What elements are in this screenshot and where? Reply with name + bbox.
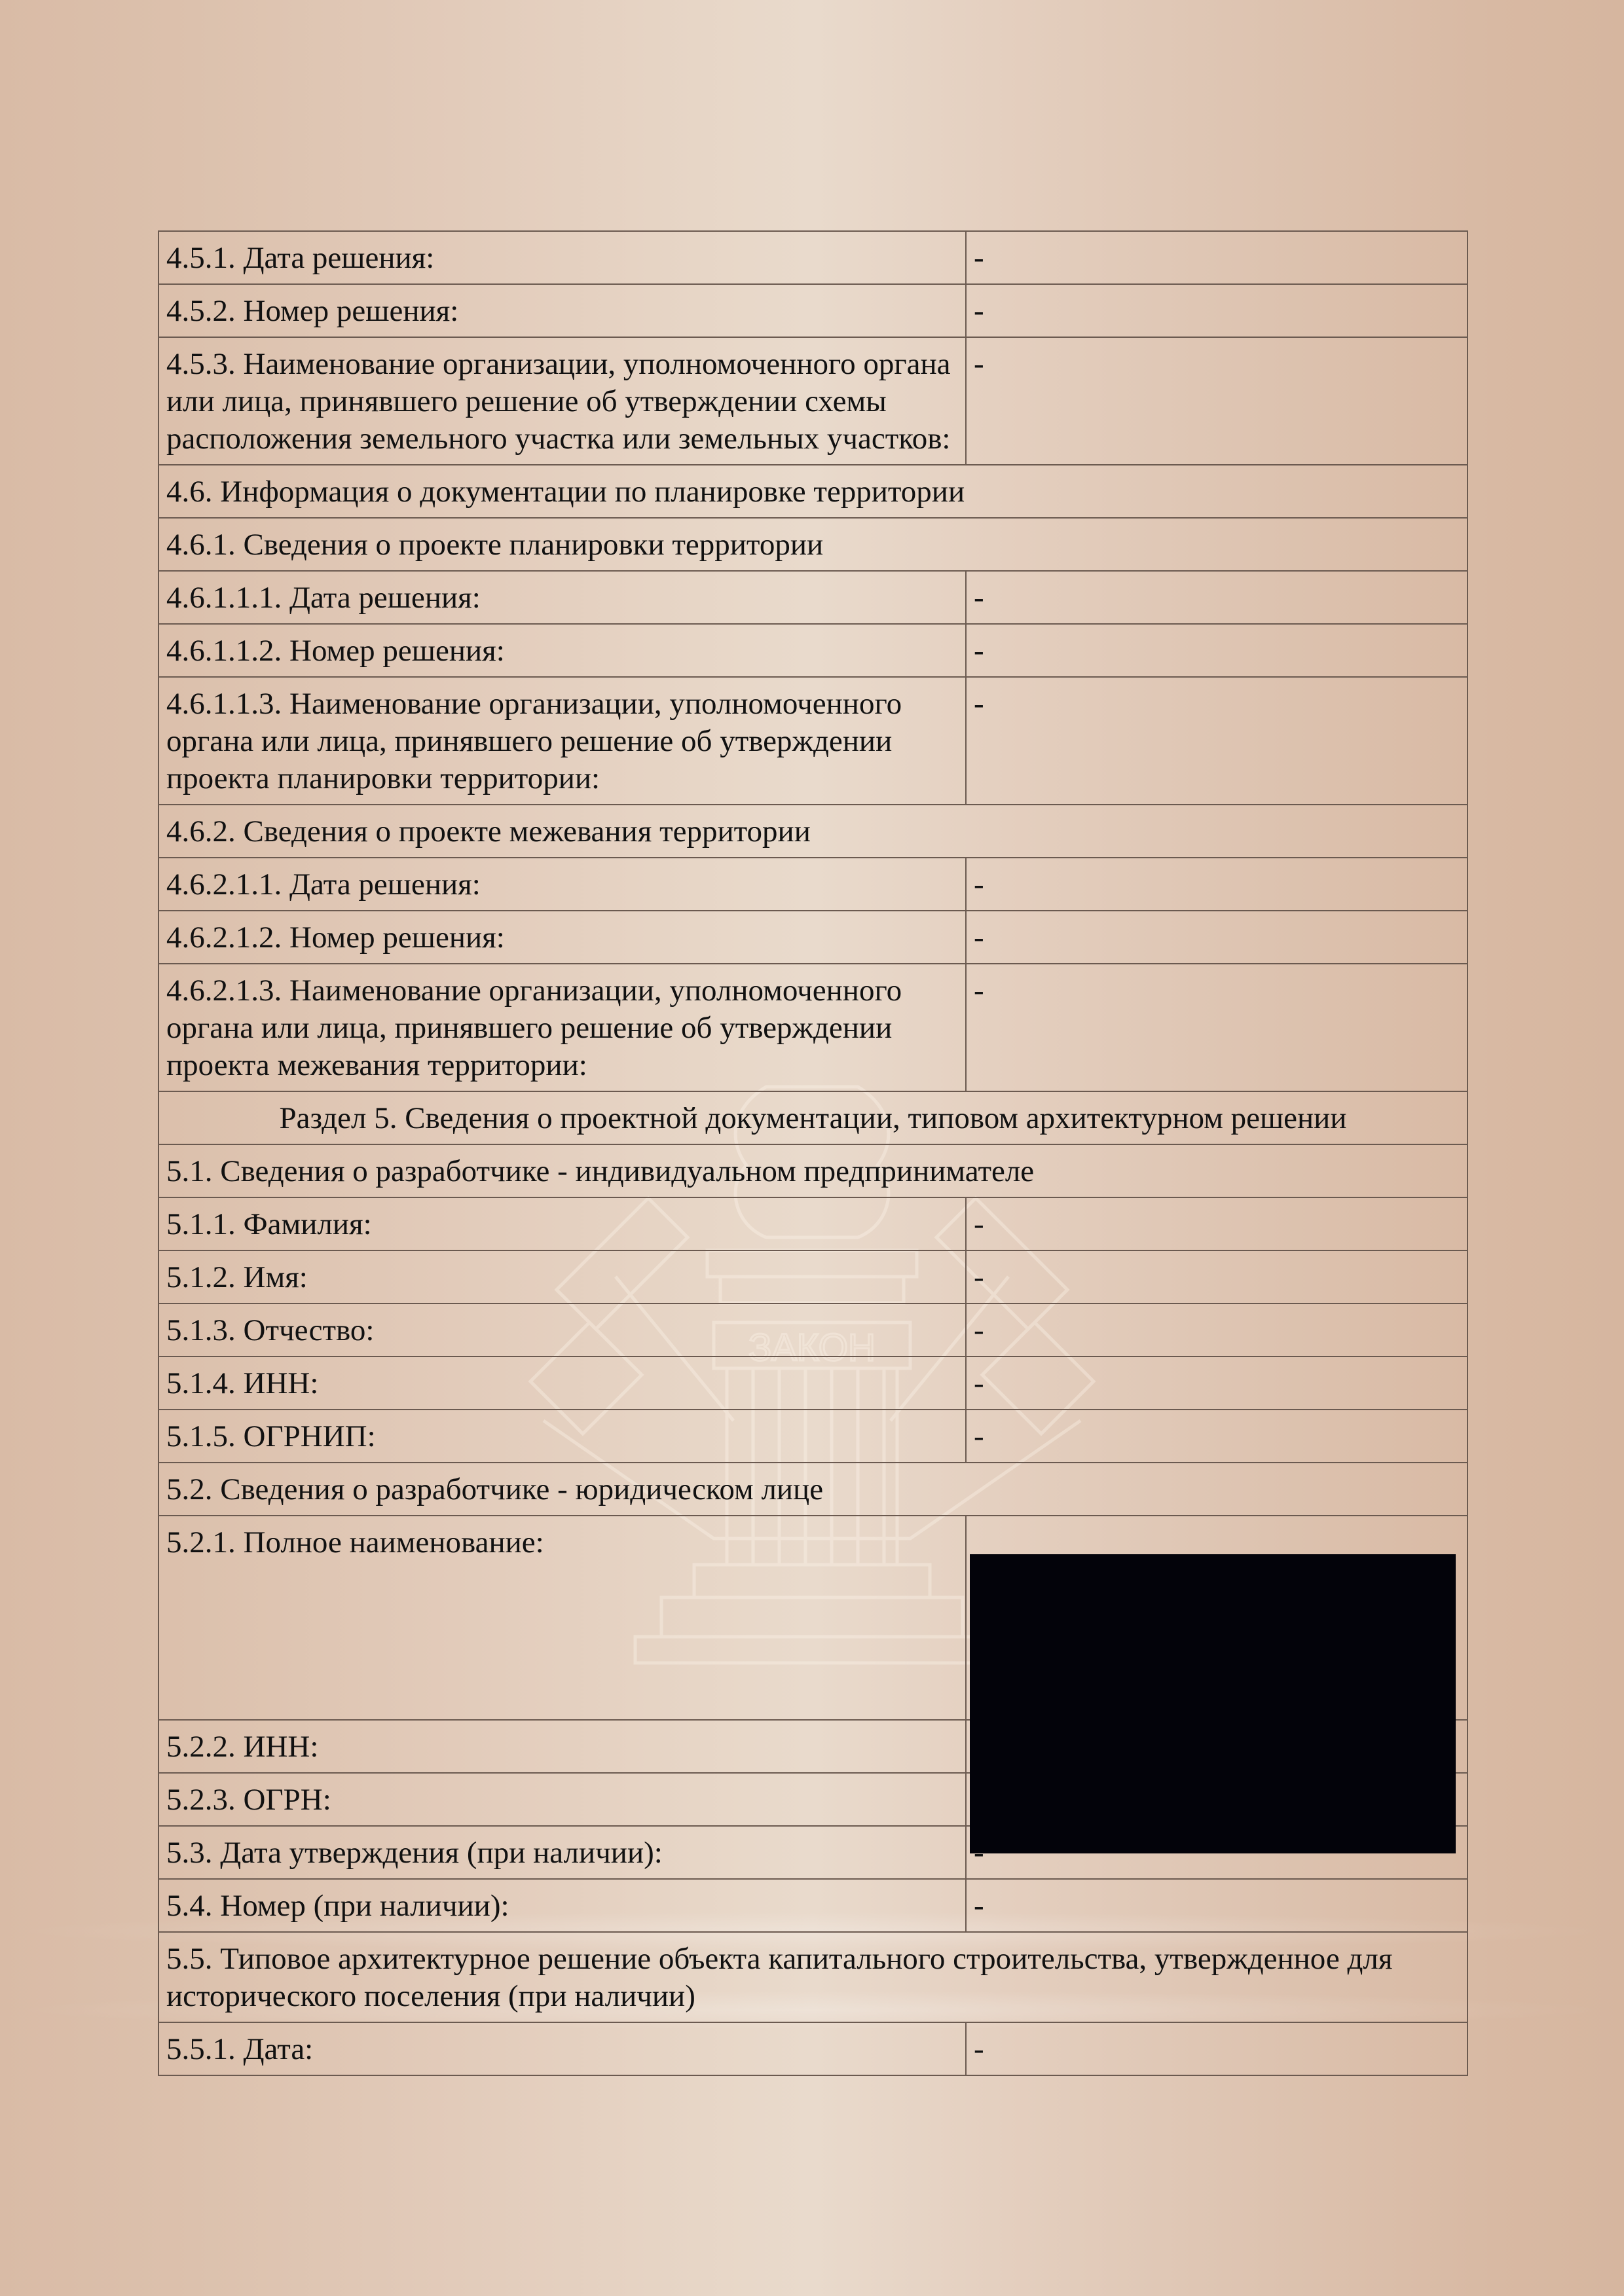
table-row: 4.5.2. Номер решения: -	[158, 284, 1467, 337]
row-label: 4.6.1.1.2. Номер решения:	[158, 624, 966, 677]
section-heading-row: 4.6.1. Сведения о проекте планировки тер…	[158, 518, 1467, 571]
row-label: 4.5.1. Дата решения:	[158, 231, 966, 284]
table-row: 5.1.1. Фамилия: -	[158, 1197, 1467, 1250]
table-row: 5.5.1. Дата: -	[158, 2022, 1467, 2075]
section-heading-row: 4.6.2. Сведения о проекте межевания терр…	[158, 805, 1467, 858]
table-row: 5.1.5. ОГРНИП: -	[158, 1410, 1467, 1463]
row-label: 4.5.2. Номер решения:	[158, 284, 966, 337]
section-heading: 5.5. Типовое архитектурное решение объек…	[158, 1932, 1467, 2022]
row-label: 5.2.1. Полное наименование:	[158, 1516, 966, 1720]
row-label: 5.5.1. Дата:	[158, 2022, 966, 2075]
table-row: 4.6.2.1.2. Номер решения: -	[158, 911, 1467, 964]
row-value: -	[966, 571, 1467, 624]
row-label: 5.1.5. ОГРНИП:	[158, 1410, 966, 1463]
row-label: 4.6.2.1.2. Номер решения:	[158, 911, 966, 964]
table-row: 4.6.1.1.3. Наименование организации, упо…	[158, 677, 1467, 805]
row-label: 4.5.3. Наименование организации, уполном…	[158, 337, 966, 465]
section-heading: 4.6.1. Сведения о проекте планировки тер…	[158, 518, 1467, 571]
row-value: -	[966, 1357, 1467, 1410]
row-value: -	[966, 1197, 1467, 1250]
redaction-box	[970, 1554, 1456, 1853]
table-row: 5.1.3. Отчество: -	[158, 1303, 1467, 1357]
table-row: 5.4. Номер (при наличии): -	[158, 1879, 1467, 1932]
row-label: 5.2.2. ИНН:	[158, 1720, 966, 1773]
section-heading-row: 5.2. Сведения о разработчике - юридическ…	[158, 1463, 1467, 1516]
row-value: -	[966, 677, 1467, 805]
row-value: -	[966, 1879, 1467, 1932]
section-heading-row: 5.1. Сведения о разработчике - индивидуа…	[158, 1144, 1467, 1197]
row-value: -	[966, 624, 1467, 677]
row-value: -	[966, 231, 1467, 284]
row-value: -	[966, 858, 1467, 911]
row-value: -	[966, 337, 1467, 465]
table-row: 4.5.1. Дата решения: -	[158, 231, 1467, 284]
row-value: -	[966, 1303, 1467, 1357]
row-label: 4.6.1.1.3. Наименование организации, упо…	[158, 677, 966, 805]
row-value: -	[966, 911, 1467, 964]
row-value: -	[966, 1410, 1467, 1463]
row-value: -	[966, 2022, 1467, 2075]
row-value: -	[966, 964, 1467, 1091]
row-label: 4.6.1.1.1. Дата решения:	[158, 571, 966, 624]
section-heading-row: 5.5. Типовое архитектурное решение объек…	[158, 1932, 1467, 2022]
table-row: 4.6.1.1.1. Дата решения: -	[158, 571, 1467, 624]
section-heading-row: 4.6. Информация о документации по планир…	[158, 465, 1467, 518]
row-value: -	[966, 284, 1467, 337]
table-row: 4.6.2.1.3. Наименование организации, упо…	[158, 964, 1467, 1091]
section-title-row: Раздел 5. Сведения о проектной документа…	[158, 1091, 1467, 1144]
section-heading: 5.2. Сведения о разработчике - юридическ…	[158, 1463, 1467, 1516]
row-label: 5.3. Дата утверждения (при наличии):	[158, 1826, 966, 1879]
section-title: Раздел 5. Сведения о проектной документа…	[158, 1091, 1467, 1144]
row-label: 5.1.3. Отчество:	[158, 1303, 966, 1357]
section-heading: 4.6.2. Сведения о проекте межевания терр…	[158, 805, 1467, 858]
row-label: 4.6.2.1.3. Наименование организации, упо…	[158, 964, 966, 1091]
row-label: 5.1.2. Имя:	[158, 1250, 966, 1303]
row-value: -	[966, 1250, 1467, 1303]
table-row: 5.1.2. Имя: -	[158, 1250, 1467, 1303]
section-heading: 5.1. Сведения о разработчике - индивидуа…	[158, 1144, 1467, 1197]
row-label: 5.4. Номер (при наличии):	[158, 1879, 966, 1932]
section-heading: 4.6. Информация о документации по планир…	[158, 465, 1467, 518]
table-row: 4.6.1.1.2. Номер решения: -	[158, 624, 1467, 677]
table-row: 4.5.3. Наименование организации, уполном…	[158, 337, 1467, 465]
table-row: 5.1.4. ИНН: -	[158, 1357, 1467, 1410]
row-label: 5.2.3. ОГРН:	[158, 1773, 966, 1826]
row-label: 5.1.1. Фамилия:	[158, 1197, 966, 1250]
row-label: 4.6.2.1.1. Дата решения:	[158, 858, 966, 911]
row-label: 5.1.4. ИНН:	[158, 1357, 966, 1410]
table-row: 4.6.2.1.1. Дата решения: -	[158, 858, 1467, 911]
